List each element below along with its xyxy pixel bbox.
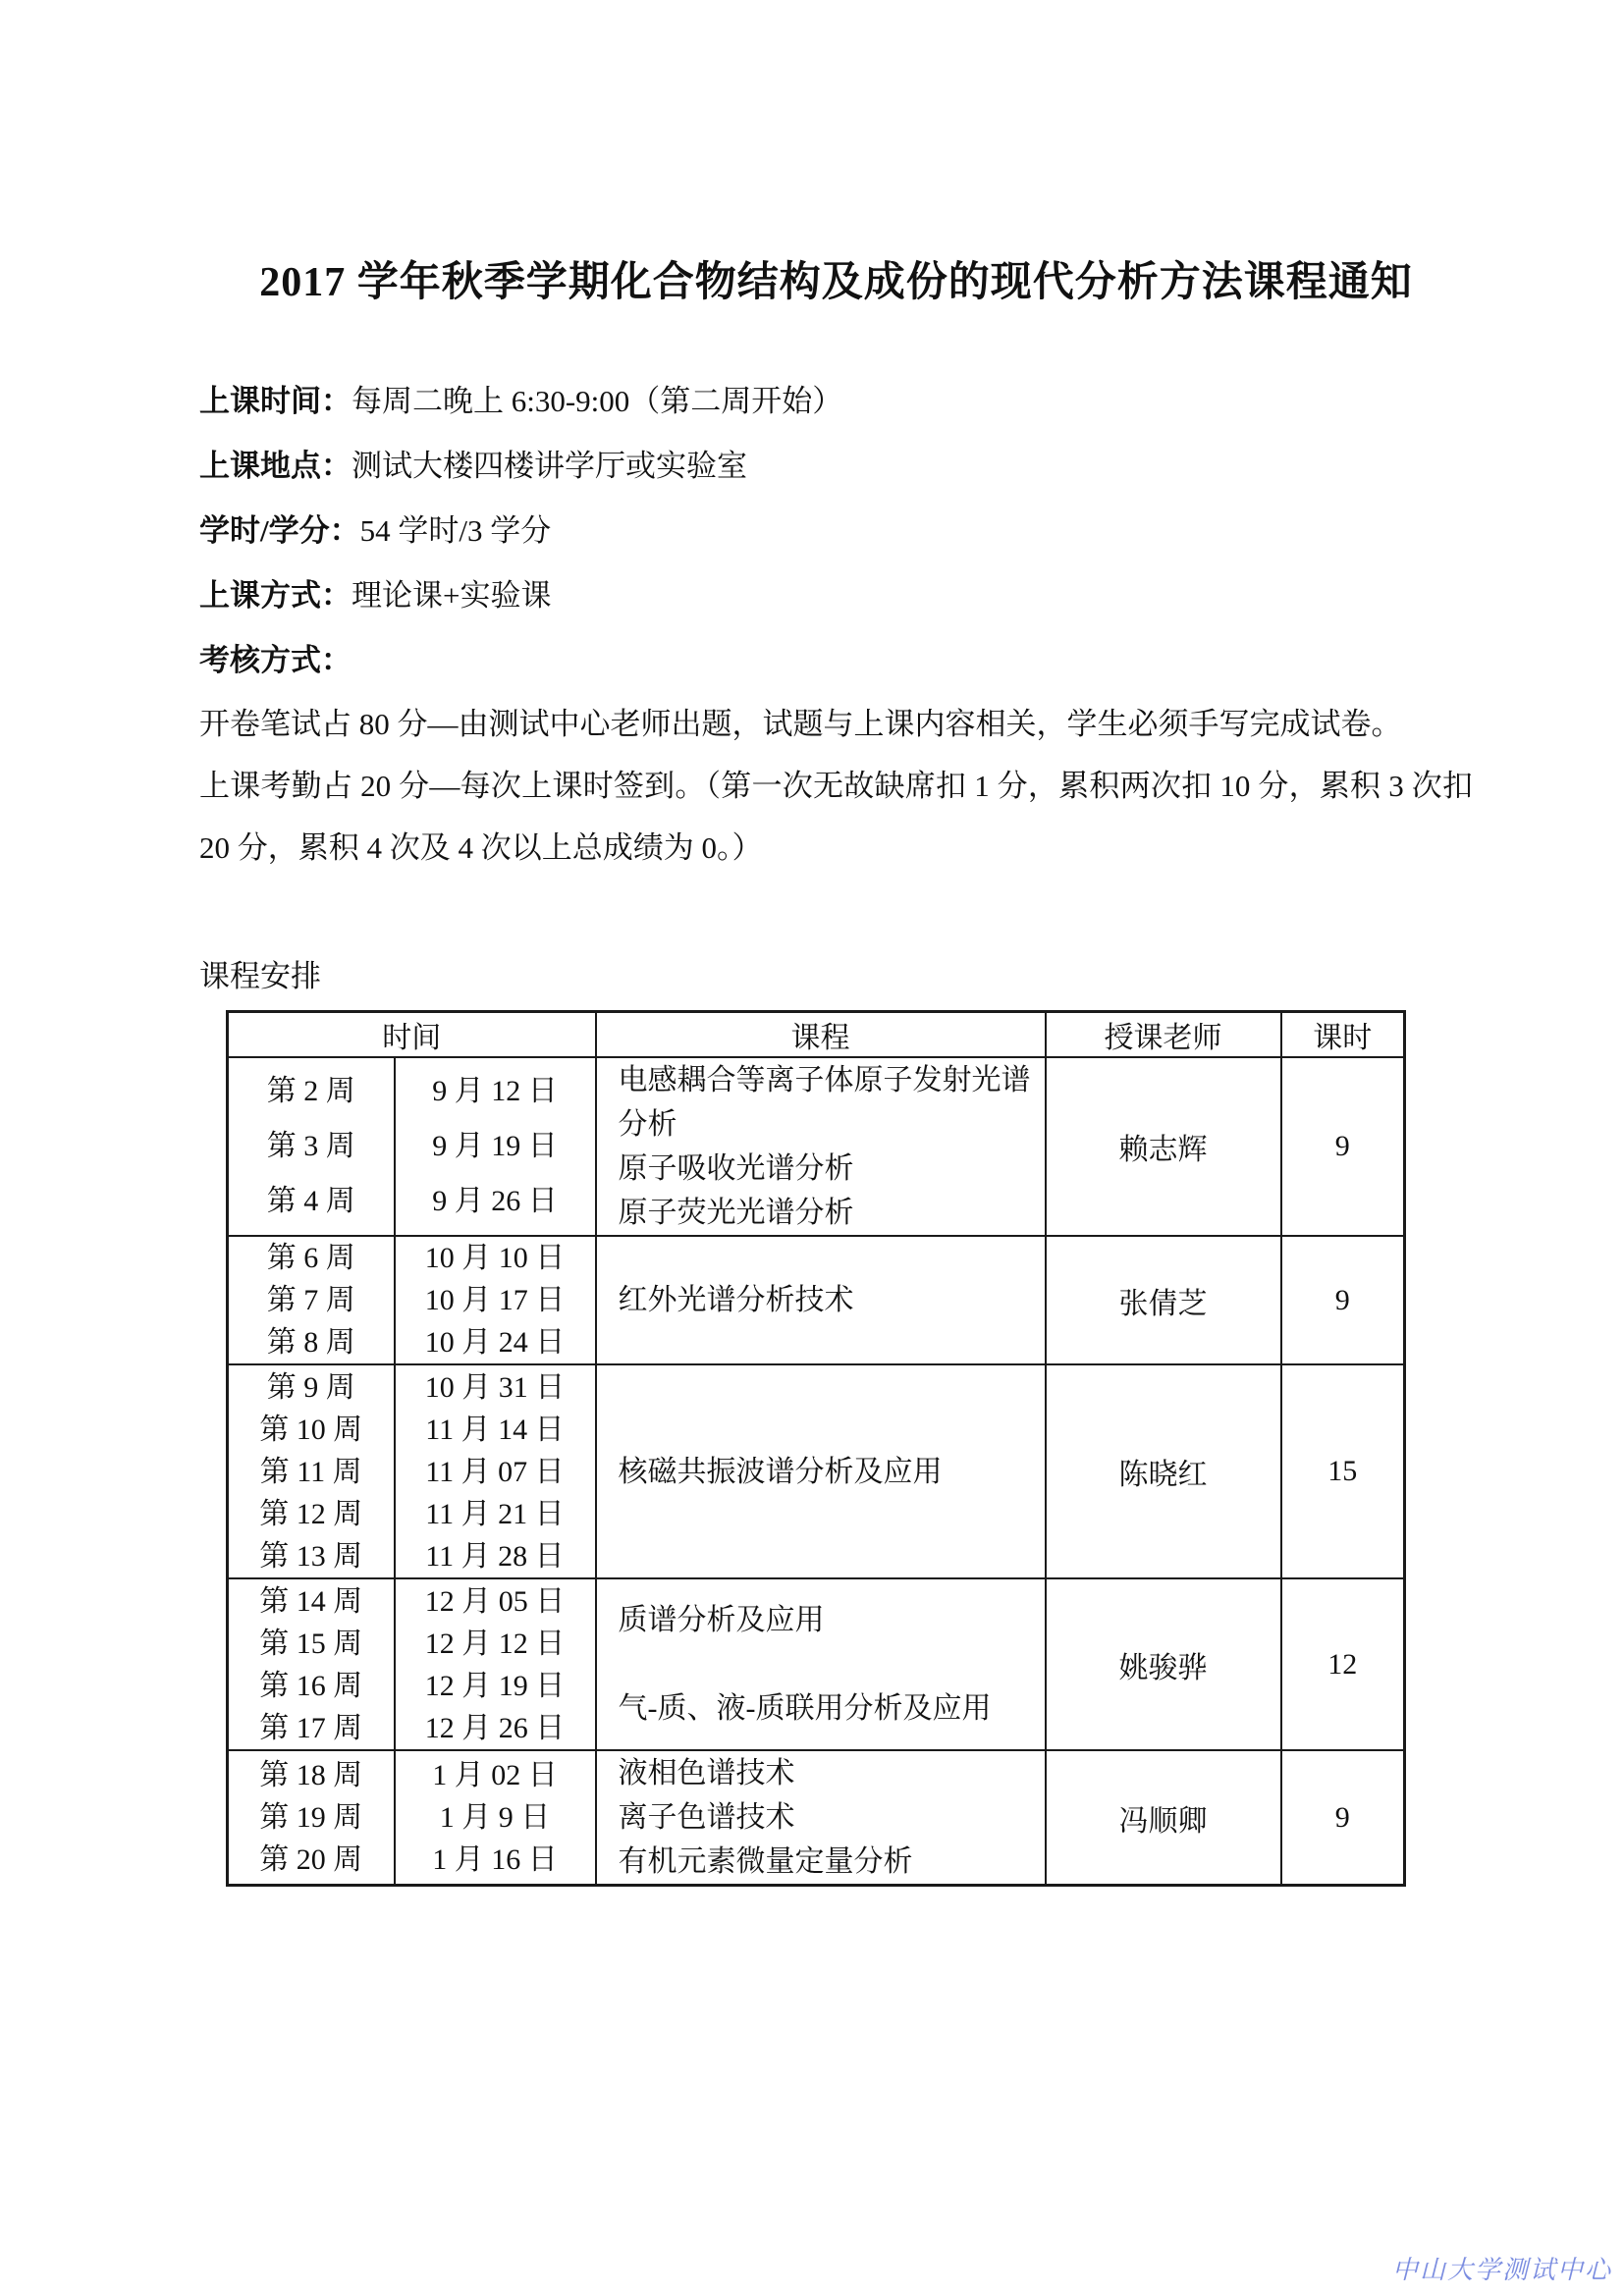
cell-line: 有机元素微量定量分析	[619, 1840, 1037, 1884]
cell-line: 第 16 周	[229, 1665, 394, 1707]
course-cell: 红外光谱分析技术	[596, 1236, 1046, 1364]
cell-line: 第 13 周	[229, 1535, 394, 1577]
course-info-block: 上课时间：每周二晚上 6:30-9:00（第二周开始） 上课地点：测试大楼四楼讲…	[199, 369, 1473, 693]
info-value: 54 学时/3 学分	[360, 513, 552, 548]
teacher-cell: 赖志辉	[1046, 1057, 1281, 1236]
schedule-row: 第 2 周第 3 周第 4 周9 月 12 日9 月 19 日9 月 26 日电…	[228, 1057, 1405, 1236]
week-cell: 第 6 周第 7 周第 8 周	[228, 1236, 395, 1364]
cell-line	[619, 1642, 1037, 1686]
cell-line: 10 月 24 日	[396, 1321, 595, 1363]
week-cell: 第 18 周第 19 周第 20 周	[228, 1750, 395, 1886]
assessment-paragraph-written-exam: 开卷笔试占 80 分—由测试中心老师出题，试题与上课内容相关，学生必须手写完成试…	[199, 693, 1473, 755]
document-title: 2017 学年秋季学期化合物结构及成份的现代分析方法课程通知	[199, 257, 1473, 308]
info-line-credit-hours: 学时/学分：54 学时/3 学分	[199, 499, 1473, 563]
hours-cell: 9	[1281, 1057, 1405, 1236]
cell-line: 红外光谱分析技术	[619, 1278, 1037, 1322]
info-label: 上课地点：	[199, 449, 352, 483]
cell-line: 第 18 周	[229, 1754, 394, 1796]
teacher-cell: 冯顺卿	[1046, 1750, 1281, 1886]
cell-line: 第 20 周	[229, 1839, 394, 1881]
assessment-paragraph-attendance: 上课考勤占 20 分—每次上课时签到。（第一次无故缺席扣 1 分，累积两次扣 1…	[199, 755, 1473, 879]
date-cell: 9 月 12 日9 月 19 日9 月 26 日	[395, 1057, 596, 1236]
cell-line: 第 12 周	[229, 1493, 394, 1535]
schedule-table-body: 第 2 周第 3 周第 4 周9 月 12 日9 月 19 日9 月 26 日电…	[228, 1057, 1405, 1886]
cell-line: 离子色谱技术	[619, 1795, 1037, 1840]
cell-line: 9 月 12 日	[396, 1064, 595, 1119]
schedule-row: 第 14 周第 15 周第 16 周第 17 周12 月 05 日12 月 12…	[228, 1578, 1405, 1750]
header-hours: 课时	[1281, 1012, 1405, 1058]
cell-line: 12 月 19 日	[396, 1665, 595, 1707]
week-cell: 第 9 周第 10 周第 11 周第 12 周第 13 周	[228, 1364, 395, 1578]
cell-line: 第 4 周	[229, 1174, 394, 1229]
week-cell: 第 2 周第 3 周第 4 周	[228, 1057, 395, 1236]
course-cell: 液相色谱技术离子色谱技术有机元素微量定量分析	[596, 1750, 1046, 1886]
course-cell: 电感耦合等离子体原子发射光谱分析原子吸收光谱分析原子荧光光谱分析	[596, 1057, 1046, 1236]
date-cell: 1 月 02 日1 月 9 日1 月 16 日	[395, 1750, 596, 1886]
cell-line: 11 月 07 日	[396, 1451, 595, 1493]
cell-line: 原子吸收光谱分析	[619, 1147, 1037, 1191]
schedule-header-row: 时间 课程 授课老师 课时	[228, 1012, 1405, 1058]
teacher-cell: 陈晓红	[1046, 1364, 1281, 1578]
cell-line: 第 19 周	[229, 1796, 394, 1839]
header-teacher: 授课老师	[1046, 1012, 1281, 1058]
info-label: 上课方式：	[199, 578, 352, 613]
cell-line: 第 3 周	[229, 1119, 394, 1174]
cell-line: 第 17 周	[229, 1707, 394, 1749]
cell-line: 9 月 19 日	[396, 1119, 595, 1174]
info-line-assessment: 考核方式：	[199, 628, 1473, 693]
cell-line: 10 月 17 日	[396, 1279, 595, 1321]
cell-line: 气-质、液-质联用分析及应用	[619, 1686, 1037, 1731]
week-cell: 第 14 周第 15 周第 16 周第 17 周	[228, 1578, 395, 1750]
cell-line: 第 6 周	[229, 1237, 394, 1279]
cell-line: 核磁共振波谱分析及应用	[619, 1450, 1037, 1494]
info-label: 上课时间：	[199, 384, 352, 418]
teacher-cell: 张倩芝	[1046, 1236, 1281, 1364]
cell-line: 12 月 12 日	[396, 1623, 595, 1665]
cell-line: 第 10 周	[229, 1409, 394, 1451]
schedule-row: 第 6 周第 7 周第 8 周10 月 10 日10 月 17 日10 月 24…	[228, 1236, 1405, 1364]
cell-line: 1 月 9 日	[396, 1796, 595, 1839]
info-line-class-time: 上课时间：每周二晚上 6:30-9:00（第二周开始）	[199, 369, 1473, 434]
course-cell: 质谱分析及应用气-质、液-质联用分析及应用	[596, 1578, 1046, 1750]
header-time: 时间	[228, 1012, 596, 1058]
cell-line: 第 7 周	[229, 1279, 394, 1321]
hours-cell: 9	[1281, 1236, 1405, 1364]
info-line-class-mode: 上课方式：理论课+实验课	[199, 563, 1473, 628]
header-course: 课程	[596, 1012, 1046, 1058]
cell-line: 10 月 31 日	[396, 1366, 595, 1409]
schedule-row: 第 9 周第 10 周第 11 周第 12 周第 13 周10 月 31 日11…	[228, 1364, 1405, 1578]
course-schedule-table: 时间 课程 授课老师 课时 第 2 周第 3 周第 4 周9 月 12 日9 月…	[226, 1010, 1406, 1887]
date-cell: 12 月 05 日12 月 12 日12 月 19 日12 月 26 日	[395, 1578, 596, 1750]
info-label: 考核方式：	[199, 643, 352, 677]
cell-line: 第 11 周	[229, 1451, 394, 1493]
cell-line: 电感耦合等离子体原子发射光谱分析	[619, 1058, 1037, 1147]
cell-line: 10 月 10 日	[396, 1237, 595, 1279]
cell-line: 液相色谱技术	[619, 1751, 1037, 1795]
teacher-cell: 姚骏骅	[1046, 1578, 1281, 1750]
info-value: 每周二晚上 6:30-9:00（第二周开始）	[352, 384, 842, 418]
info-value: 理论课+实验课	[352, 578, 551, 613]
cell-line: 第 14 周	[229, 1580, 394, 1623]
schedule-row: 第 18 周第 19 周第 20 周1 月 02 日1 月 9 日1 月 16 …	[228, 1750, 1405, 1886]
cell-line: 原子荧光光谱分析	[619, 1191, 1037, 1235]
hours-cell: 9	[1281, 1750, 1405, 1886]
document-page: { "doc": { "title": "2017 学年秋季学期化合物结构及成份…	[0, 0, 1624, 2296]
date-cell: 10 月 31 日11 月 14 日11 月 07 日11 月 21 日11 月…	[395, 1364, 596, 1578]
cell-line: 1 月 16 日	[396, 1839, 595, 1881]
schedule-section-label: 课程安排	[199, 957, 1473, 996]
cell-line: 质谱分析及应用	[619, 1598, 1037, 1642]
watermark-test-center: 中山大学测试中心	[1392, 2250, 1612, 2286]
page-content: 2017 学年秋季学期化合物结构及成份的现代分析方法课程通知 上课时间：每周二晚…	[199, 0, 1473, 1887]
cell-line: 11 月 14 日	[396, 1409, 595, 1451]
hours-cell: 15	[1281, 1364, 1405, 1578]
cell-line: 第 9 周	[229, 1366, 394, 1409]
cell-line: 12 月 05 日	[396, 1580, 595, 1623]
date-cell: 10 月 10 日10 月 17 日10 月 24 日	[395, 1236, 596, 1364]
cell-line: 第 2 周	[229, 1064, 394, 1119]
cell-line: 1 月 02 日	[396, 1754, 595, 1796]
cell-line: 11 月 21 日	[396, 1493, 595, 1535]
hours-cell: 12	[1281, 1578, 1405, 1750]
info-line-location: 上课地点：测试大楼四楼讲学厅或实验室	[199, 434, 1473, 499]
cell-line: 第 8 周	[229, 1321, 394, 1363]
info-label: 学时/学分：	[199, 513, 360, 548]
cell-line: 第 15 周	[229, 1623, 394, 1665]
cell-line: 9 月 26 日	[396, 1174, 595, 1229]
cell-line: 11 月 28 日	[396, 1535, 595, 1577]
info-value: 测试大楼四楼讲学厅或实验室	[352, 449, 747, 483]
cell-line: 12 月 26 日	[396, 1707, 595, 1749]
course-cell: 核磁共振波谱分析及应用	[596, 1364, 1046, 1578]
